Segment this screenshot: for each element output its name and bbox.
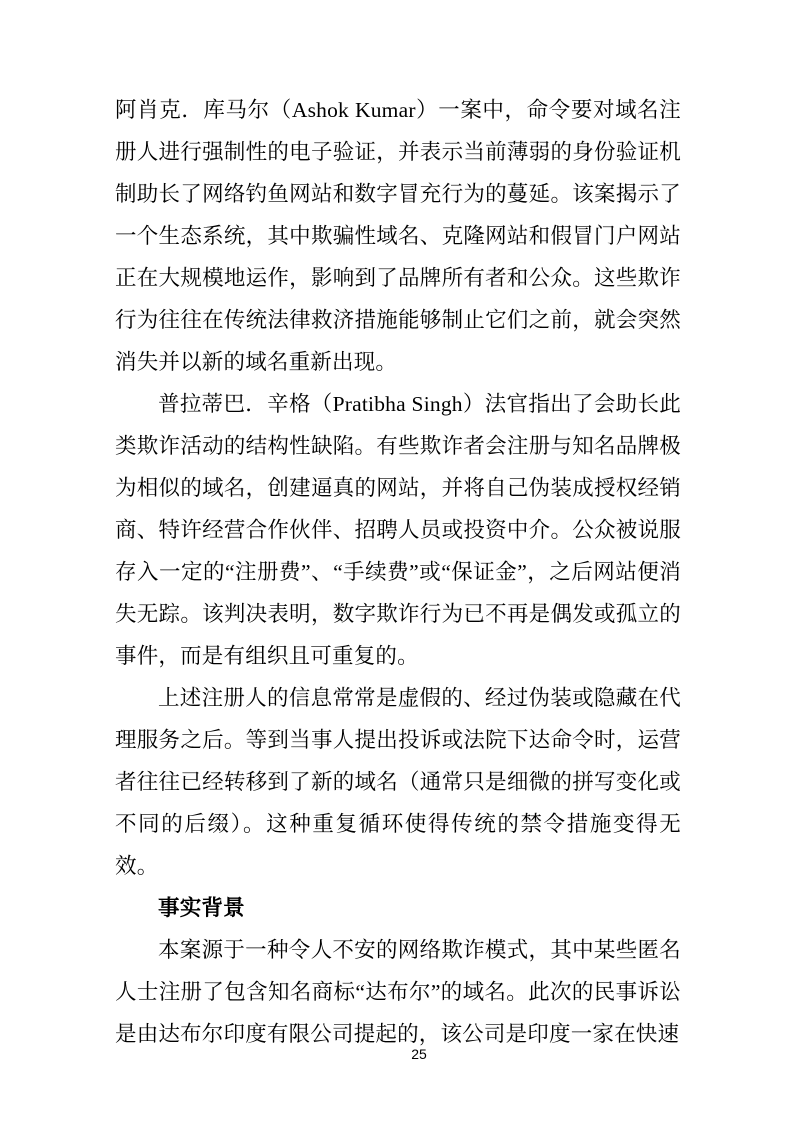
document-page: 阿肖克．库马尔（Ashok Kumar）一案中，命令要对域名注册人进行强制性的电… xyxy=(0,0,793,1122)
paragraph: 普拉蒂巴．辛格（Pratibha Singh）法官指出了会助长此类欺诈活动的结构… xyxy=(115,383,681,677)
section-heading: 事实背景 xyxy=(115,887,681,929)
paragraph: 本案源于一种令人不安的网络欺诈模式，其中某些匿名人士注册了包含知名商标“达布尔”… xyxy=(115,929,681,1055)
document-body: 阿肖克．库马尔（Ashok Kumar）一案中，命令要对域名注册人进行强制性的电… xyxy=(115,89,681,1055)
page-number-footer: 25 xyxy=(411,1046,427,1062)
paragraph: 上述注册人的信息常常是虚假的、经过伪装或隐藏在代理服务之后。等到当事人提出投诉或… xyxy=(115,677,681,887)
paragraph: 阿肖克．库马尔（Ashok Kumar）一案中，命令要对域名注册人进行强制性的电… xyxy=(115,89,681,383)
